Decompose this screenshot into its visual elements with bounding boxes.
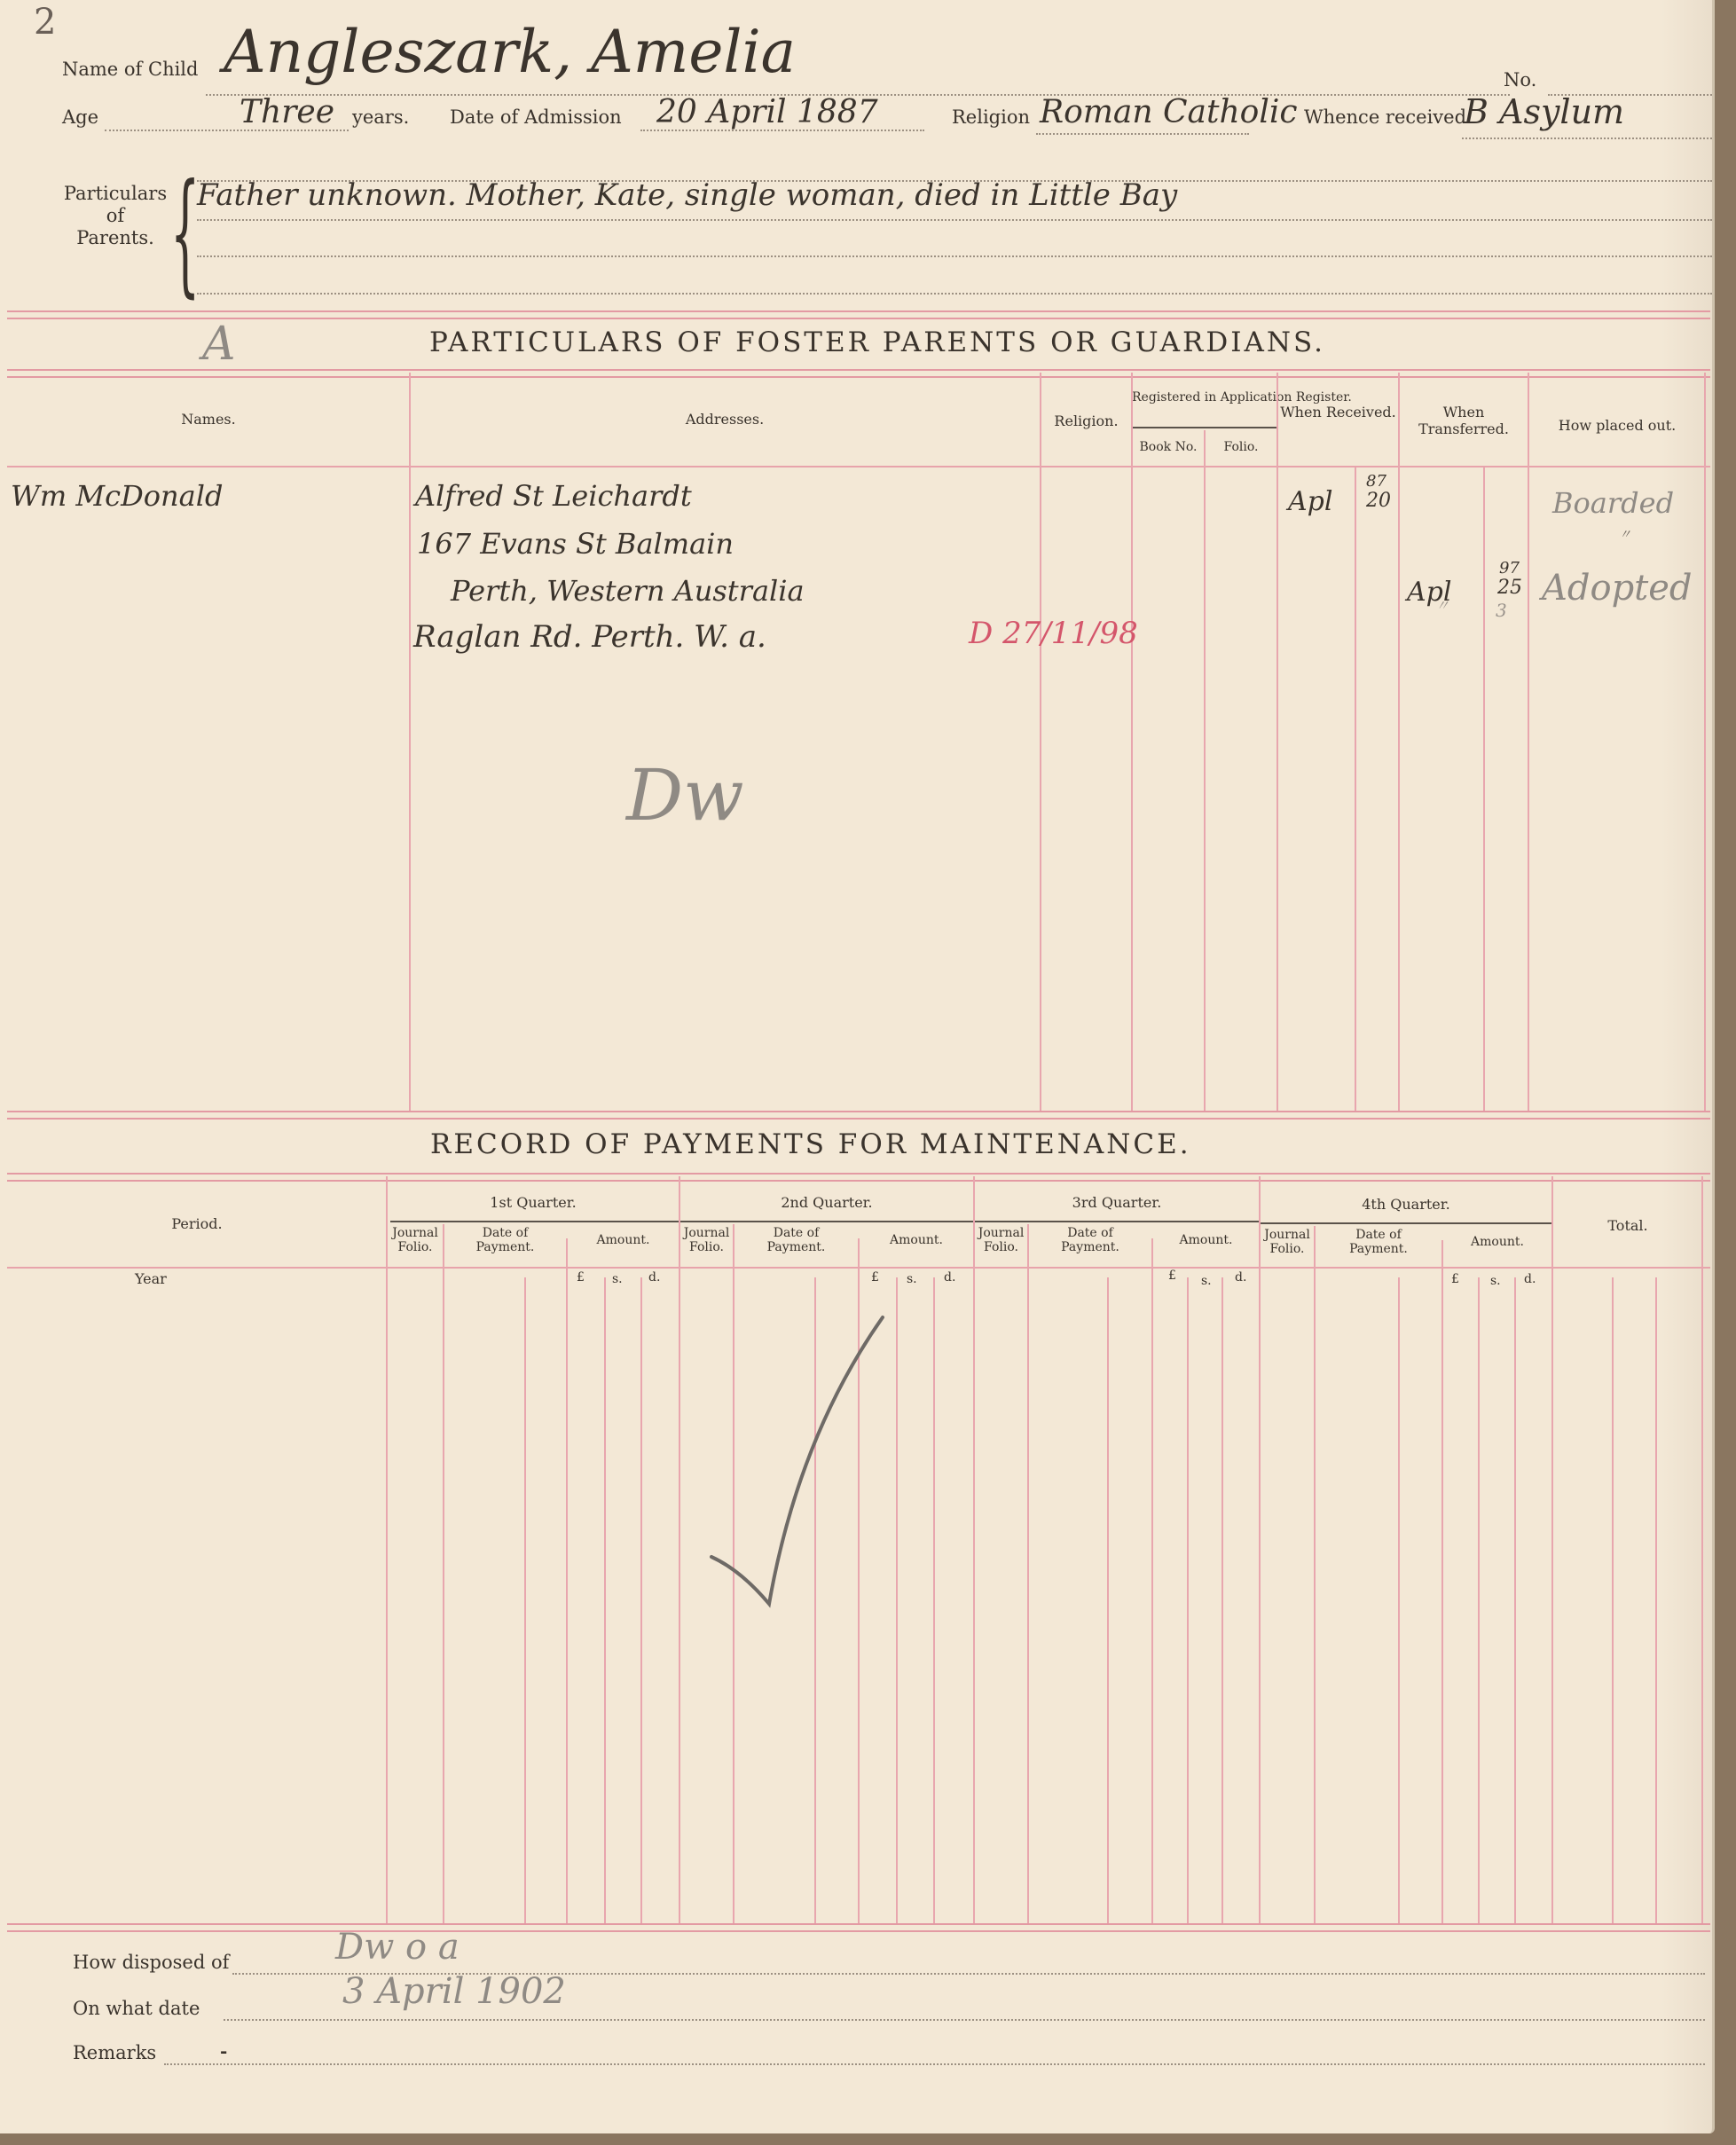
quarter-1-label: 1st Quarter. [387,1194,679,1211]
check-mark-icon [701,1313,896,1615]
col-line [1187,1277,1189,1925]
parents-line-4 [197,293,1712,295]
remarks-line [164,2063,1705,2065]
q4-journal-header: Journal Folio. [1260,1228,1315,1256]
foster-name: Wm McDonald [11,479,223,513]
q3-journal-header: Journal Folio. [974,1226,1028,1254]
religion-label: Religion [952,106,1030,128]
parents-value: Father unknown. Mother, Kate, single wom… [197,177,1177,213]
col-header-when-transferred: When Transferred. [1399,404,1528,437]
col-header-religion: Religion. [1041,412,1132,429]
admission-value: 20 April 1887 [656,94,878,130]
col-line [1398,1277,1400,1925]
col-header-book-no: Book No. [1132,440,1205,454]
col-line [1221,1277,1223,1925]
col-header-folio: Folio. [1205,440,1277,454]
col-line [1514,1277,1516,1925]
col-header-total: Total. [1552,1217,1703,1234]
margin-mark-a: A [202,318,236,371]
header-bottom-rule [7,466,1710,467]
how-disposed-label: How disposed of [73,1952,229,1973]
q3-date-header: Date of Payment. [1028,1226,1152,1254]
address-line-2: 167 Evans St Balmain [417,527,734,561]
received-month: Apl [1288,486,1332,517]
quarter-4-label: 4th Quarter. [1260,1196,1552,1213]
parents-line-3 [197,255,1712,257]
no-label: No. [1504,69,1536,90]
transferred-ditto: 〃 [1435,594,1449,615]
col-line [1204,430,1206,1111]
col-line [1131,373,1133,1111]
whence-label: Whence received [1304,106,1466,128]
col-line [640,1277,642,1925]
page-number: 2 [34,2,56,43]
parents-label: Particulars of Parents. [60,183,170,249]
q4-amount-header: Amount. [1442,1235,1552,1249]
quarter-2-label: 2nd Quarter. [679,1194,974,1211]
col-line [1040,373,1041,1111]
q1-shilling: s. [612,1272,623,1286]
parents-label-line-3: Parents. [60,227,170,249]
q2-pence: d. [944,1270,955,1285]
child-name-value: Angleszark, Amelia [224,18,796,86]
foster-section-title: PARTICULARS OF FOSTER PARENTS OR GUARDIA… [429,326,1325,358]
col-line [1701,1176,1703,1925]
col-line [604,1277,606,1925]
col-line [409,373,411,1111]
religion-value: Roman Catholic [1040,94,1298,130]
col-line [1612,1277,1614,1925]
parents-label-line-1: Particulars [60,183,170,205]
col-line [973,1176,975,1925]
remarks-value: - [220,2040,227,2062]
col-header-addresses: Addresses. [410,411,1040,428]
received-day: 20 [1366,490,1391,512]
age-suffix: years. [352,106,409,128]
col-line [1276,373,1278,1111]
q2-date-header: Date of Payment. [734,1226,859,1254]
q4-pound: £ [1451,1272,1459,1286]
q3-pence: d. [1235,1270,1246,1285]
rule-double [7,1173,1710,1182]
col-line [1483,467,1485,1111]
col-line [386,1176,388,1925]
q2-journal-header: Journal Folio. [679,1226,734,1254]
address-line-1: Alfred St Leichardt [415,479,692,513]
whence-dotted-line [1462,137,1712,139]
col-line [1027,1224,1029,1925]
name-of-child-label: Name of Child [62,59,198,80]
q3-shilling: s. [1201,1274,1212,1288]
q2-shilling: s. [907,1272,917,1286]
col-line [1151,1238,1153,1925]
parents-line-2 [197,219,1712,221]
placed-adopted: Adopted [1542,568,1693,609]
transferred-year: 97 [1499,559,1520,577]
rule-double [7,310,1710,319]
q2-amount-header: Amount. [859,1233,974,1247]
on-what-date-value: 3 April 1902 [342,1971,566,2012]
col-line [1704,373,1706,1111]
q1-pound: £ [577,1270,585,1285]
transferred-day: 25 [1497,577,1522,599]
col-line [1551,1176,1553,1925]
q1-amount-header: Amount. [567,1233,679,1247]
payments-section-title: RECORD OF PAYMENTS FOR MAINTENANCE. [430,1128,1191,1160]
col-line [1314,1226,1316,1925]
placed-boarded: Boarded [1552,486,1674,520]
quarter-2-divider [679,1221,974,1222]
quarter-3-label: 3rd Quarter. [974,1194,1260,1211]
address-line-3: Perth, Western Australia [451,574,805,608]
transferred-ditto-day: 3 [1496,600,1507,621]
col-line [1441,1240,1443,1925]
q3-amount-header: Amount. [1152,1233,1260,1247]
parents-label-line-2: of [60,205,170,227]
col-line [1259,1176,1261,1925]
q2-pound: £ [871,1270,879,1285]
admission-label: Date of Admission [450,106,622,128]
col-line [1107,1277,1109,1925]
col-line [1478,1277,1480,1925]
brace-icon: { [170,167,200,300]
q3-pound: £ [1168,1269,1176,1283]
q1-pence: d. [648,1270,660,1285]
register-page: 2 Name of Child Angleszark, Amelia No. A… [0,0,1715,2133]
col-header-how-placed: How placed out. [1528,417,1706,434]
quarter-1-divider [390,1221,679,1222]
whence-value: B Asylum [1464,92,1624,131]
quarter-3-divider [974,1221,1260,1222]
placed-ditto: 〃 [1619,525,1631,543]
col-header-registered: Registered in Application Register. [1132,390,1277,405]
q1-date-header: Date of Payment. [444,1226,567,1254]
header-divider [1132,427,1277,428]
col-line [896,1277,898,1925]
q1-journal-header: Journal Folio. [387,1226,444,1254]
col-line [1655,1277,1657,1925]
how-disposed-value: Dw o a [335,1927,460,1968]
received-year: 87 [1366,472,1386,491]
col-line [679,1176,680,1925]
q4-date-header: Date of Payment. [1315,1228,1442,1256]
remarks-label: Remarks [73,2042,156,2063]
red-annotation: D 27/11/98 [969,616,1138,651]
religion-dotted-line [1036,133,1249,135]
col-line [524,1277,526,1925]
col-line [566,1238,568,1925]
col-line [1398,373,1400,1111]
col-header-names: Names. [7,411,410,428]
on-what-date-label: On what date [73,1998,200,2019]
q4-pence: d. [1524,1272,1536,1286]
col-line [933,1277,935,1925]
rule-double [7,1111,1710,1120]
rule-double [7,1923,1710,1932]
col-line [443,1224,444,1925]
col-header-when-received: When Received. [1277,404,1399,420]
age-value: Three [240,94,334,130]
quarter-4-divider [1260,1222,1552,1224]
age-label: Age [62,106,98,128]
q4-shilling: s. [1490,1274,1501,1288]
year-label: Year [135,1270,167,1287]
pencil-mark-dw: Dw [626,754,744,837]
address-line-4: Raglan Rd. Perth. W. a. [413,619,766,655]
rule-double [7,369,1710,378]
on-what-date-line [224,2019,1705,2021]
col-line [1355,467,1356,1111]
col-line [1528,373,1529,1111]
col-header-period: Period. [7,1215,387,1232]
